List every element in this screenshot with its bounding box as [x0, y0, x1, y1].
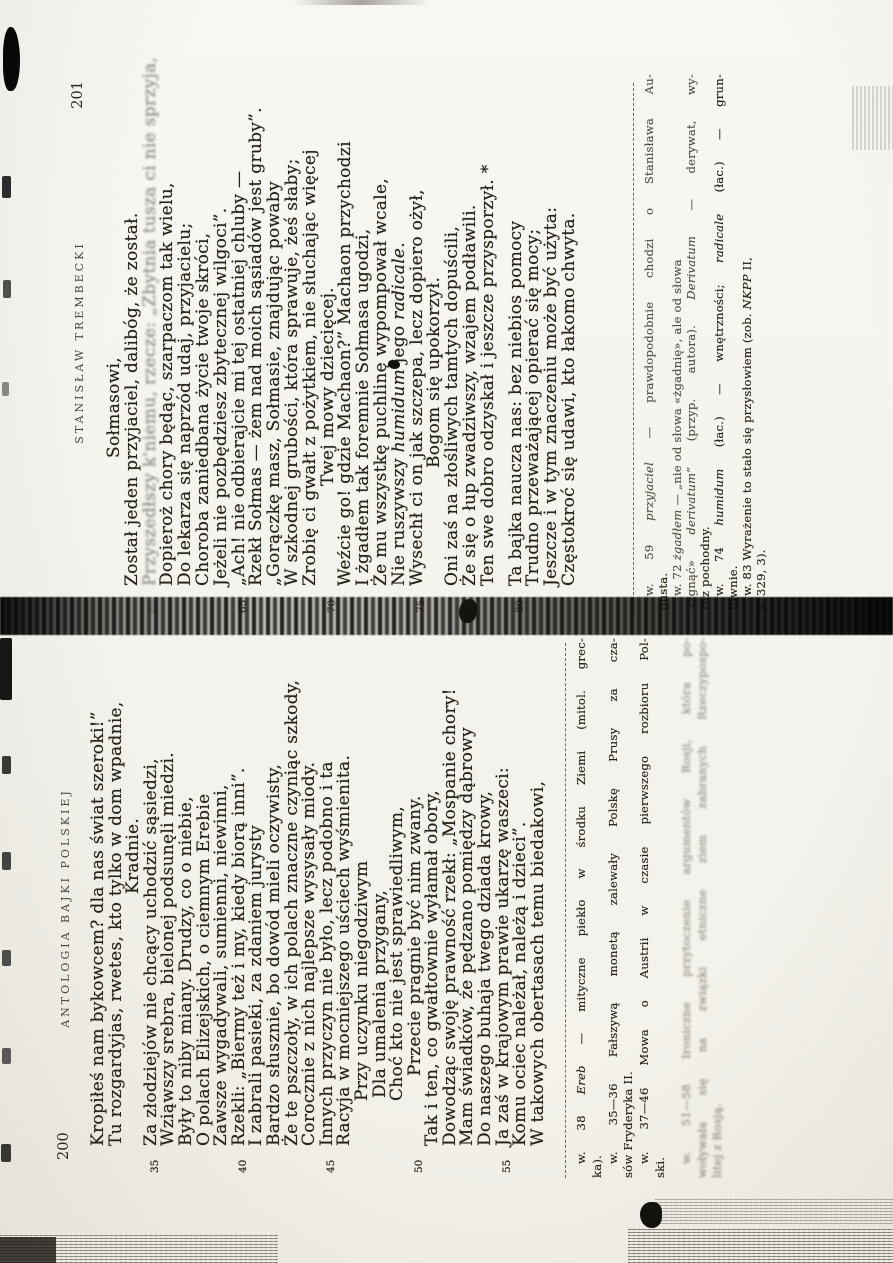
verse-line-number: 40: [235, 1160, 253, 1173]
poem-line: Częstokroć się udawi, kto łakomo chwyta.: [561, 71, 579, 586]
footnote-line: townie.: [726, 74, 740, 610]
poem-line: Kropiłeś nam bykowcem? dla nas świat sze…: [90, 634, 108, 1146]
footnote-line: w. 35—36 Fałszywą monetą zalewały Polskę…: [606, 638, 622, 1178]
gutter-shadow: [0, 597, 893, 635]
poem-line: Nie ruszywszy humidum jego radicale.: [391, 71, 409, 586]
footnote-line: raz pochodny.: [698, 74, 712, 610]
scan-edge-smudge: [3, 27, 20, 91]
verse-line-number: 50: [411, 1160, 429, 1173]
poem-line: W takowych obertasach temu biedakowi,: [530, 634, 548, 1146]
footnote-line: w. 72 żgadłem — „nie od słowa «żgadnię»,…: [670, 74, 684, 610]
footnote-line: woływała się na związki etniczne ziem za…: [695, 638, 711, 1178]
footnote-line: «żgnąć» derivatum” (przyp. autora). Deri…: [684, 74, 698, 610]
verse-line-number: 45: [323, 1160, 341, 1173]
footnote-line: w. 59 przyjaciel — prawdopodobnie chodzi…: [642, 74, 656, 610]
halftone-strip: [628, 1228, 893, 1263]
footnote-line: ski.: [653, 638, 669, 1178]
scan-edge-mark: [2, 756, 11, 774]
footnote-line: s. 329, 3).: [754, 74, 768, 610]
scan-edge-mark: [2, 950, 11, 966]
footnotes-left: w. 38 Ereb — mityczne piekło w środku Zi…: [574, 638, 726, 1178]
footnote-separator: [633, 83, 634, 610]
scan-edge-mark: [2, 852, 11, 870]
scan-edge-mark: [2, 382, 9, 396]
halftone-patch: [852, 86, 893, 150]
footnote-line: w. 38 Ereb — mityczne piekło w środku Zi…: [574, 638, 590, 1178]
halftone-strip: [655, 1198, 893, 1224]
footnote-separator: [565, 643, 566, 1178]
poem-line: Były to niby miany. Drudzy, co o niebie,: [178, 634, 196, 1146]
page-number-201: 201: [70, 81, 86, 109]
running-head-right: STANISŁAW TREMBECKI: [73, 67, 86, 618]
poem-line: Zrobię ci gwałt z pożytkiem, nie słuchaj…: [302, 71, 320, 586]
poem-line: Bardzo słusznie, bo dowód mieli oczywist…: [266, 634, 284, 1146]
scan-corner-smudge: [0, 1237, 56, 1263]
page-201: STANISŁAW TREMBECKI 201 Sołmasowi,Został…: [70, 67, 770, 618]
footnotes-right: w. 59 przyjaciel — prawdopodobnie chodzi…: [642, 74, 768, 610]
footnote-line: litej z Rosją.: [710, 638, 726, 1178]
page-number-200: 200: [56, 1132, 72, 1160]
scan-smudge: [640, 1202, 662, 1228]
ink-blot: [388, 360, 400, 369]
scan-edge-mark: [1, 1144, 11, 1162]
running-head-left: ANTOLOGIA BAJKI POLSKIEJ: [59, 630, 72, 1186]
poem-right: Sołmasowi,Został jeden przyjaciel, dalib…: [106, 71, 579, 586]
footnote-line: w. 37—46 Mowa o Austrii w czasie pierwsz…: [637, 638, 653, 1178]
footnote-line: w. 83 Wyrażenie to stało się przysłowiem…: [740, 74, 754, 610]
page-200: ANTOLOGIA BAJKI POLSKIEJ 200 Kropiłeś na…: [56, 630, 748, 1186]
footnote-line: w. 74 humidum (łac.) — wnętrzności; radi…: [712, 74, 726, 610]
scan-edge-mark: [2, 176, 11, 198]
scan-edge-mark: [3, 280, 11, 298]
poem-line: Został jeden przyjaciel, dalibóg, że zos…: [124, 71, 142, 586]
scan-edge-mark: [0, 638, 12, 700]
footnote-line: gusta.: [656, 74, 670, 610]
footnote-line: w. 51—58 Ironiczne przytoczenie argument…: [679, 638, 695, 1178]
footnote-line: ka).: [590, 638, 606, 1178]
verse-line-number: 55: [499, 1160, 517, 1173]
poem-line: Ten swe dobro odzyskał i jeszcze przyspo…: [480, 71, 498, 586]
scan-edge-mark: [2, 1048, 11, 1064]
scan-streak: [292, 0, 430, 5]
poem-line: Przy uczynku niegodziwym: [354, 634, 372, 1146]
verse-line-number: 35: [147, 1160, 165, 1173]
footnote-line: sów Fryderyka II.: [621, 638, 637, 1178]
poem-left: Kropiłeś nam bykowcem? dla nas świat sze…: [90, 634, 547, 1146]
poem-line: Jeżeli nie pozbędziesz zbytecznej wilgoc…: [213, 71, 231, 586]
